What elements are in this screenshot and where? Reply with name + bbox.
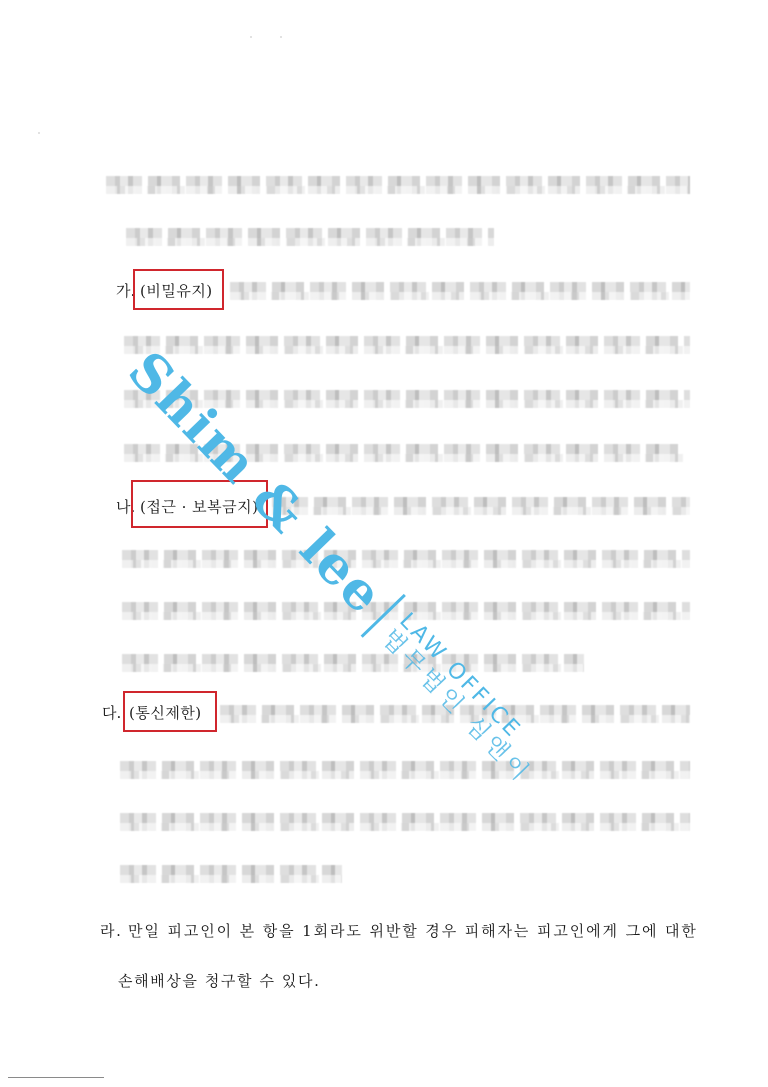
redacted-text-line: [230, 282, 690, 300]
document-page: 가. (비밀유지) 나. (접근 · 보복금지) 다. (통신제한) 라. 만일…: [0, 0, 768, 1087]
watermark-english: LAW OFFICE: [395, 609, 552, 770]
clause-line-2: 손해배상을 청구할 수 있다.: [118, 970, 320, 991]
section-marker: 다.: [102, 702, 121, 723]
redacted-text-line: [126, 228, 494, 246]
scan-speck: [280, 36, 282, 38]
redacted-text-line: [120, 865, 342, 883]
scan-speck: [38, 132, 40, 134]
scan-speck: [250, 36, 252, 38]
redacted-text-line: [122, 654, 584, 672]
redacted-text-line: [124, 336, 690, 354]
redacted-text-line: [106, 176, 690, 194]
section-title-communication-restriction: (통신제한): [129, 702, 202, 723]
section-title-confidentiality: (비밀유지): [140, 280, 213, 301]
clause-line-1: 만일 피고인이 본 항을 1회라도 위반할 경우 피해자는 피고인에게 그에 대…: [128, 920, 698, 941]
redacted-text-line: [120, 813, 690, 831]
footer-rule: [8, 1077, 104, 1078]
redacted-text-line: [120, 761, 690, 779]
redacted-text-line: [122, 550, 690, 568]
redacted-text-line: [272, 497, 690, 515]
clause-marker: 라.: [100, 920, 122, 941]
